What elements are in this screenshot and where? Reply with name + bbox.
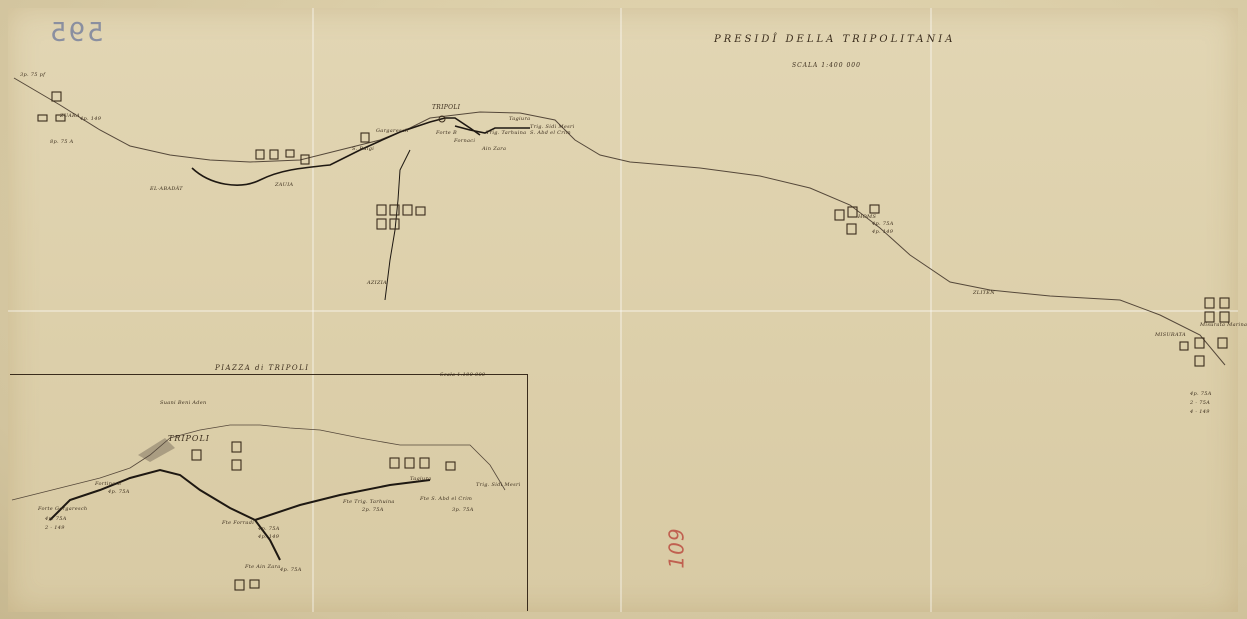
inset-place-label: Trig. Sidi Mesri <box>476 482 521 488</box>
artillery-note: 4p. 75A <box>280 567 302 573</box>
artillery-note: 4p. 75A <box>258 526 280 532</box>
inset-place-label: Fte Ain Zara <box>245 564 280 570</box>
inset-place-label: Tagiura <box>410 476 431 482</box>
garrison-note: 4p. 149 <box>80 116 101 122</box>
place-label: ZLITEN <box>973 290 995 296</box>
minor-label: S. Bulgi <box>352 146 374 152</box>
place-label: HOMS <box>858 214 876 220</box>
place-label: ZUARA <box>60 113 80 119</box>
place-label: TRIPOLI <box>432 104 460 111</box>
garrison-note: 4p. 149 <box>872 229 893 235</box>
map-sheet: 595 PRESIDÎ DELLA TRIPOLITANIA SCALA 1:4… <box>0 0 1247 619</box>
minor-label: S. Abd el Crim <box>530 130 571 136</box>
minor-label: Fornaci <box>454 138 475 144</box>
artillery-note: 4p. 75A <box>108 489 130 495</box>
place-label: ZAUIA <box>275 182 293 188</box>
garrison-note: 2 - 75A <box>1190 400 1210 406</box>
inset-place-label: Suani Beni Aden <box>160 400 207 406</box>
inset-map-piazza-di-tripoli <box>10 374 528 611</box>
garrison-note: 4p. 75A <box>1190 391 1212 397</box>
inset-place-label: Forte Gargaresch <box>38 506 87 512</box>
inset-title: PIAZZA di TRIPOLI <box>215 364 310 372</box>
artillery-note: 3p. 75A <box>452 507 474 513</box>
place-label: EL-ABADÂT <box>150 186 183 192</box>
artillery-note: 2 - 149 <box>45 525 65 531</box>
artillery-note: 4p. 75A <box>45 516 67 522</box>
place-label: MISURATA <box>1155 332 1186 338</box>
garrison-note: 4p. 75A <box>872 221 894 227</box>
minor-label: Ain Zara <box>482 146 506 152</box>
road <box>385 150 410 300</box>
minor-label: Forte B <box>436 130 457 136</box>
artillery-note: 2p. 75A <box>362 507 384 513</box>
inset-place-label: Fte Forradi <box>222 520 254 526</box>
place-label: Tagiura <box>509 116 530 122</box>
inset-place-label: Fte Trig. Tarhuina <box>343 499 395 505</box>
inset-place-label: Fortino B <box>95 481 121 487</box>
road <box>192 118 480 185</box>
minor-label: Trig. Tarhuina <box>486 130 526 136</box>
place-label: AZIZIA <box>367 280 387 286</box>
inset-place-label: TRIPOLI <box>168 434 210 443</box>
inset-scale: Scala 1:100 000 <box>440 372 485 378</box>
map-title: PRESIDÎ DELLA TRIPOLITANIA <box>714 34 955 45</box>
minor-label: Gargaresch <box>376 128 408 134</box>
garrison-note: 8p. 75 A <box>50 139 74 145</box>
place-label: Misurata Marina <box>1200 322 1247 328</box>
red-annotation: 109 <box>665 527 689 568</box>
artillery-note: 4p. 149 <box>258 534 279 540</box>
garrison-note: 4 - 149 <box>1190 409 1210 415</box>
map-scale: SCALA 1:400 000 <box>792 62 861 69</box>
archive-number: 595 <box>48 18 104 48</box>
garrison-note: 3p. 75 pf <box>20 72 45 78</box>
inset-place-label: Fte S. Abd el Crim <box>420 496 472 502</box>
coastline <box>14 78 1225 365</box>
